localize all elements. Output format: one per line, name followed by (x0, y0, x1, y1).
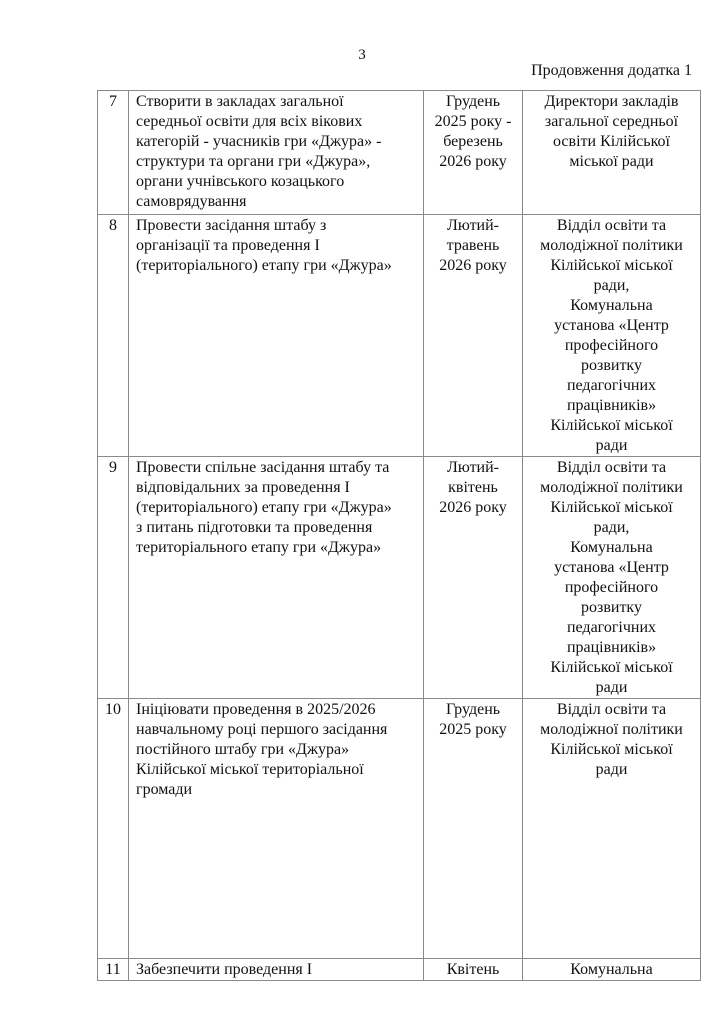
responsible-cell: Комунальна (523, 959, 701, 981)
task-cell: Провести засідання штабу зорганізації та… (129, 215, 424, 457)
table-row: 7Створити в закладах загальноїсередньої … (98, 91, 701, 215)
responsible-cell: Директори закладівзагальної середньоїосв… (523, 91, 701, 215)
row-number: 10 (98, 699, 129, 959)
deadline-cell: Лютий-травень2026 року (424, 215, 523, 457)
task-cell: Провести спільне засідання штабу тавідпо… (129, 457, 424, 699)
table-row: 10Ініціювати проведення в 2025/2026навча… (98, 699, 701, 959)
task-cell: Ініціювати проведення в 2025/2026навчаль… (129, 699, 424, 959)
table-row: 9Провести спільне засідання штабу тавідп… (98, 457, 701, 699)
responsible-cell: Відділ освіти тамолодіжної політикиКілій… (523, 699, 701, 959)
deadline-cell: Лютий-квітень2026 року (424, 457, 523, 699)
row-number: 11 (98, 959, 129, 981)
deadline-cell: Квітень (424, 959, 523, 981)
row-number: 7 (98, 91, 129, 215)
row-number: 9 (98, 457, 129, 699)
deadline-cell: Грудень2025 року (424, 699, 523, 959)
continuation-label: Продовження додатка 1 (531, 62, 692, 80)
table-row: 8Провести засідання штабу зорганізації т… (98, 215, 701, 457)
deadline-cell: Грудень2025 року -березень2026 року (424, 91, 523, 215)
task-cell: Забезпечити проведення І (129, 959, 424, 981)
activities-table: 7Створити в закладах загальноїсередньої … (97, 90, 701, 981)
table-row: 11Забезпечити проведення ІКвітеньКомунал… (98, 959, 701, 981)
row-number: 8 (98, 215, 129, 457)
responsible-cell: Відділ освіти тамолодіжної політикиКілій… (523, 457, 701, 699)
responsible-cell: Відділ освіти тамолодіжної політикиКілій… (523, 215, 701, 457)
task-cell: Створити в закладах загальноїсередньої о… (129, 91, 424, 215)
